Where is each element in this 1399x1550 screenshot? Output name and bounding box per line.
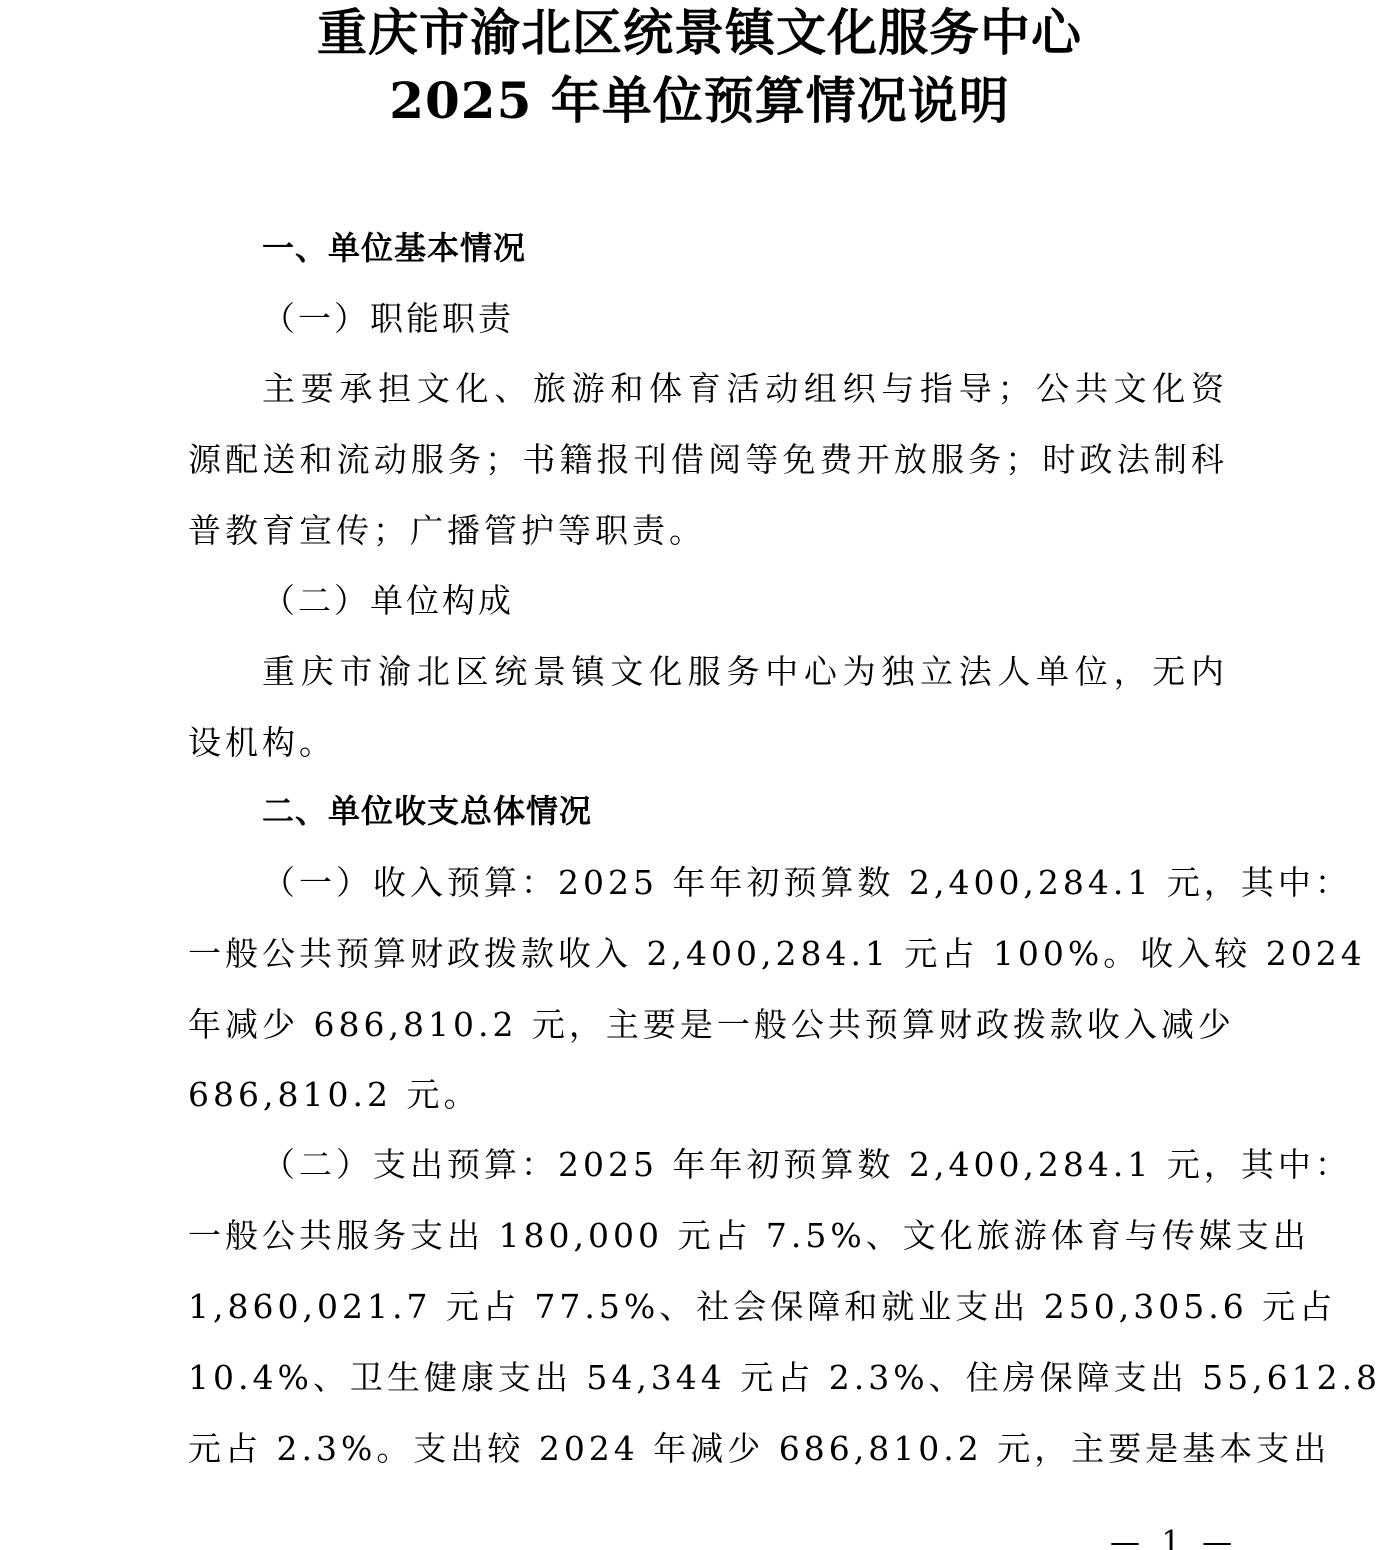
income-budget-line: （一）收入预算：2025 年年初预算数 2,400,284.1 元，其中： [262, 866, 1228, 899]
paragraph-line: 10.4%、卫生健康支出 54,344 元占 2.3%、住房保障支出 55,61… [188, 1361, 1228, 1394]
subsection-heading-composition: （二）单位构成 [262, 584, 1228, 617]
paragraph-line: 一般公共服务支出 180,000 元占 7.5%、文化旅游体育与传媒支出 [188, 1219, 1228, 1252]
document-title-line1: 重庆市渝北区统景镇文化服务中心 [0, 8, 1399, 58]
document-title-line2: 2025 年单位预算情况说明 [0, 76, 1399, 126]
paragraph-line: 年减少 686,810.2 元，主要是一般公共预算财政拨款收入减少 [188, 1008, 1228, 1041]
paragraph-line: 1,860,021.7 元占 77.5%、社会保障和就业支出 250,305.6… [188, 1290, 1228, 1323]
subsection-heading-functions: （一）职能职责 [262, 302, 1228, 335]
paragraph-line: 重庆市渝北区统景镇文化服务中心为独立法人单位，无内 [262, 655, 1228, 688]
paragraph-line: 一般公共预算财政拨款收入 2,400,284.1 元占 100%。收入较 202… [188, 937, 1228, 970]
page-number: — 1 — [1110, 1528, 1238, 1550]
paragraph-line: 设机构。 [188, 726, 1228, 759]
section-heading-basic-info: 一、单位基本情况 [262, 232, 1228, 264]
paragraph-line: 元占 2.3%。支出较 2024 年减少 686,810.2 元，主要是基本支出 [188, 1432, 1228, 1465]
paragraph-line: 源配送和流动服务；书籍报刊借阅等免费开放服务；时政法制科 [188, 443, 1228, 476]
paragraph-line: 普教育宣传；广播管护等职责。 [188, 514, 1228, 547]
expenditure-budget-line: （二）支出预算：2025 年年初预算数 2,400,284.1 元，其中： [262, 1148, 1228, 1181]
section-heading-revenue-expenditure: 二、单位收支总体情况 [262, 795, 1228, 827]
paragraph-line: 686,810.2 元。 [188, 1078, 1228, 1111]
paragraph-line: 主要承担文化、旅游和体育活动组织与指导；公共文化资 [262, 372, 1228, 405]
